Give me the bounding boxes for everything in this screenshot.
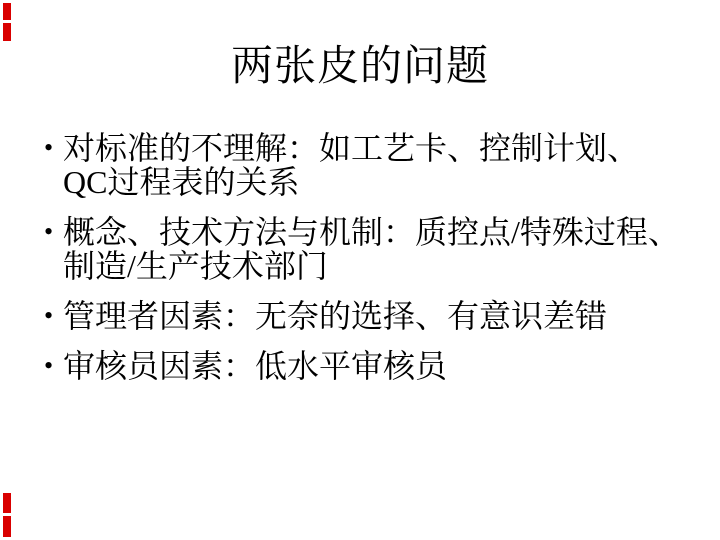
bullet-icon: • xyxy=(44,299,58,333)
bullet-text-line: 管理者因素：无奈的选择、有意识差错 xyxy=(63,299,694,333)
bullet-icon: • xyxy=(44,131,58,165)
bullet-text-line: QC过程表的关系 xyxy=(63,165,694,199)
bullet-item: • 概念、技术方法与机制：质控点/特殊过程、 制造/生产技术部门 xyxy=(44,215,694,283)
bullet-text-line: 概念、技术方法与机制：质控点/特殊过程、 xyxy=(63,215,694,249)
red-corner-mark-top-2 xyxy=(3,23,11,41)
bullet-text-line: 审核员因素：低水平审核员 xyxy=(63,349,694,383)
bullet-list: • 对标准的不理解：如工艺卡、控制计划、 QC过程表的关系 • 概念、技术方法与… xyxy=(44,131,694,399)
red-corner-mark-top-1 xyxy=(3,3,11,20)
bullet-item: • 对标准的不理解：如工艺卡、控制计划、 QC过程表的关系 xyxy=(44,131,694,199)
red-corner-mark-bottom-2 xyxy=(3,516,11,537)
bullet-icon: • xyxy=(44,349,58,383)
bullet-item: • 管理者因素：无奈的选择、有意识差错 xyxy=(44,299,694,333)
bullet-text-line: 制造/生产技术部门 xyxy=(63,249,694,283)
bullet-text-line: 对标准的不理解：如工艺卡、控制计划、 xyxy=(63,131,694,165)
bullet-icon: • xyxy=(44,215,58,249)
red-corner-mark-bottom-1 xyxy=(3,493,11,513)
slide-title: 两张皮的问题 xyxy=(0,44,720,90)
slide-canvas: 两张皮的问题 • 对标准的不理解：如工艺卡、控制计划、 QC过程表的关系 • 概… xyxy=(0,0,720,540)
bullet-item: • 审核员因素：低水平审核员 xyxy=(44,349,694,383)
